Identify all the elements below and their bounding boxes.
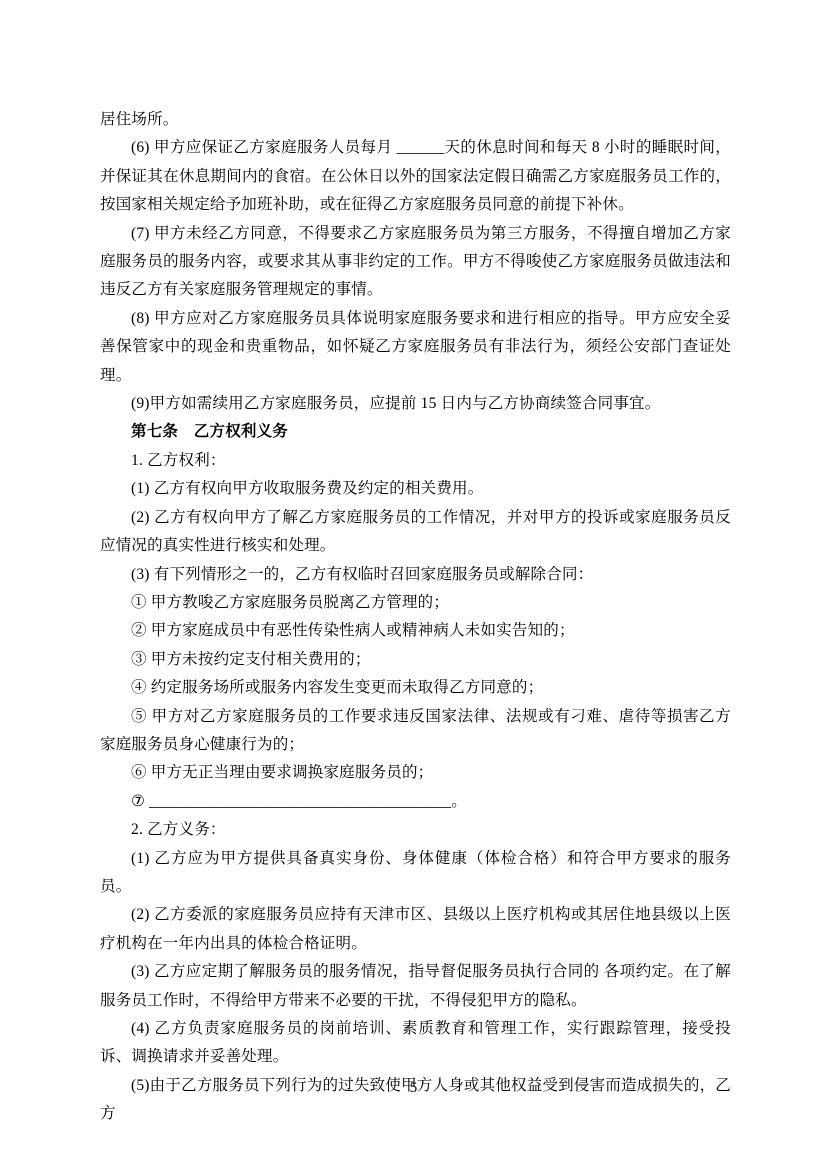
- paragraph: (1) 乙方应为甲方提供具备真实身份、身体健康（体检合格）和符合甲方要求的服务员…: [100, 845, 731, 902]
- paragraph: (6) 甲方应保证乙方家庭服务人员每月 ______天的休息时间和每天 8 小时…: [100, 134, 731, 219]
- paragraph: (7) 甲方未经乙方同意，不得要求乙方家庭服务员为第三方服务，不得擅自增加乙方家…: [100, 220, 731, 305]
- paragraph: (4) 乙方负责家庭服务员的岗前培训、素质教育和管理工作，实行跟踪管理，接受投诉…: [100, 1015, 731, 1072]
- paragraph: ② 甲方家庭成员中有恶性传染性病人或精神病人未如实告知的；: [100, 617, 731, 645]
- document-page: 居住场所。(6) 甲方应保证乙方家庭服务人员每月 ______天的休息时间和每天…: [0, 0, 827, 1169]
- paragraph: 2. 乙方义务：: [100, 816, 731, 844]
- paragraph: ④ 约定服务场所或服务内容发生变更而未取得乙方同意的；: [100, 674, 731, 702]
- paragraph: (1) 乙方有权向甲方收取服务费及约定的相关费用。: [100, 475, 731, 503]
- paragraph: ⑥ 甲方无正当理由要求调换家庭服务员的；: [100, 759, 731, 787]
- paragraph: 1. 乙方权利：: [100, 447, 731, 475]
- paragraph: ① 甲方教唆乙方家庭服务员脱离乙方管理的；: [100, 589, 731, 617]
- paragraph: (2) 乙方有权向甲方了解乙方家庭服务员的工作情况，并对甲方的投诉或家庭服务员反…: [100, 504, 731, 561]
- paragraph: ⑦ ______________________________________…: [100, 788, 731, 816]
- paragraph: ③ 甲方未按约定支付相关费用的；: [100, 646, 731, 674]
- section-heading: 第七条 乙方权利义务: [100, 418, 731, 446]
- paragraph: ⑤ 甲方对乙方家庭服务员的工作要求违反国家法律、法规或有刁难、虐待等损害乙方家庭…: [100, 703, 731, 760]
- page-number: 5: [0, 1080, 827, 1097]
- paragraph: (3) 乙方应定期了解服务员的服务情况，指导督促服务员执行合同的 各项约定。在了…: [100, 958, 731, 1015]
- paragraph: (8) 甲方应对乙方家庭服务员具体说明家庭服务要求和进行相应的指导。甲方应安全妥…: [100, 305, 731, 390]
- contract-body-text: 居住场所。(6) 甲方应保证乙方家庭服务人员每月 ______天的休息时间和每天…: [100, 106, 731, 1129]
- paragraph: 居住场所。: [100, 106, 731, 134]
- paragraph: (9)甲方如需续用乙方家庭服务员，应提前 15 日内与乙方协商续签合同事宜。: [100, 390, 731, 418]
- paragraph: (3) 有下列情形之一的，乙方有权临时召回家庭服务员或解除合同：: [100, 561, 731, 589]
- paragraph: (2) 乙方委派的家庭服务员应持有天津市区、县级以上医疗机构或其居住地县级以上医…: [100, 901, 731, 958]
